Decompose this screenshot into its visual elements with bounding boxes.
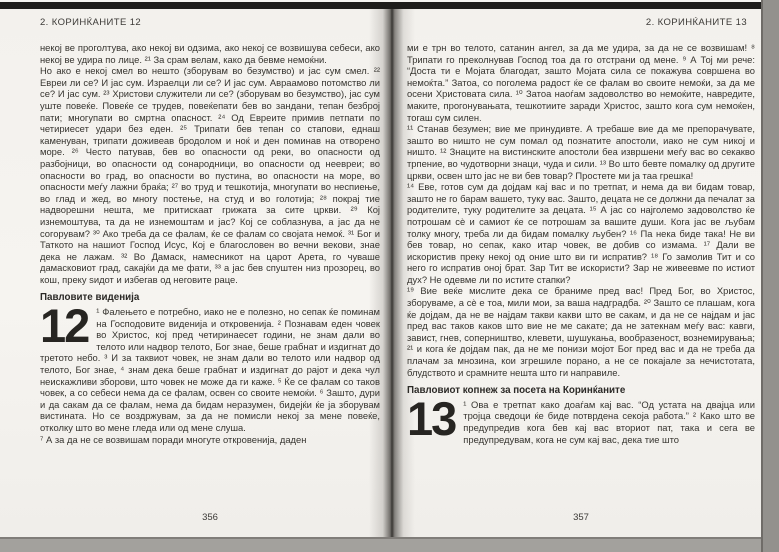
paragraph: ¹⁹ Вие веќе мислите дека се браниме пред…: [407, 285, 755, 378]
chapter-drop-cap-12: 12: [40, 308, 88, 345]
section-heading-left: Павловите виденија: [40, 292, 380, 304]
chapter-opening: 12¹ Фалењето е потребно, иако не е полез…: [40, 306, 380, 434]
paragraph: ¹⁴ Еве, готов сум да дојдам кај вас и по…: [407, 181, 755, 285]
page-number-right: 357: [407, 512, 755, 523]
page-number-left: 356: [40, 512, 380, 523]
paragraph: некој ве проголтува, ако некој ви одзима…: [40, 42, 380, 65]
chapter-opening-text: ¹ Ова е третпат како доаѓам кај вас. “Од…: [463, 399, 755, 445]
paragraph: ми е трн во телото, сатанин ангел, за да…: [407, 42, 755, 123]
chapter-drop-cap-13: 13: [407, 401, 455, 438]
page-left: 2. КОРИНЌАНИТЕ 12 некој ве проголтува, а…: [0, 9, 391, 537]
running-head-right: 2. КОРИНЌАНИТЕ 13: [646, 17, 747, 28]
page-right: 2. КОРИНЌАНИТЕ 13 ми е трн во телото, са…: [391, 9, 761, 537]
paragraph: Но ако е некој смел во нешто (зборувам в…: [40, 65, 380, 285]
paragraph: ⁷ А за да не се возвишам поради многуте …: [40, 434, 380, 446]
chapter-opening: 13¹ Ова е третпат како доаѓам кај вас. “…: [407, 399, 755, 445]
scanner-edge-top: [0, 0, 779, 9]
open-book: 2. КОРИНЌАНИТЕ 12 некој ве проголтува, а…: [0, 9, 761, 537]
running-head-left: 2. КОРИНЌАНИТЕ 12: [40, 17, 141, 28]
paragraph: ¹¹ Станав безумен; вие ме принудивте. А …: [407, 123, 755, 181]
body-text-right: ми е трн во телото, сатанин ангел, за да…: [407, 42, 755, 514]
scanner-edge-bottom: [0, 537, 779, 552]
body-text-left: некој ве проголтува, ако некој ви одзима…: [40, 42, 380, 514]
chapter-opening-text: ¹ Фалењето е потребно, иако не е полезно…: [40, 306, 380, 433]
section-heading-right: Павловиот копнеж за посета на Коринќанит…: [407, 385, 755, 397]
book-scan: 2. КОРИНЌАНИТЕ 12 некој ве проголтува, а…: [0, 0, 779, 552]
scanner-edge-right: [761, 0, 779, 552]
